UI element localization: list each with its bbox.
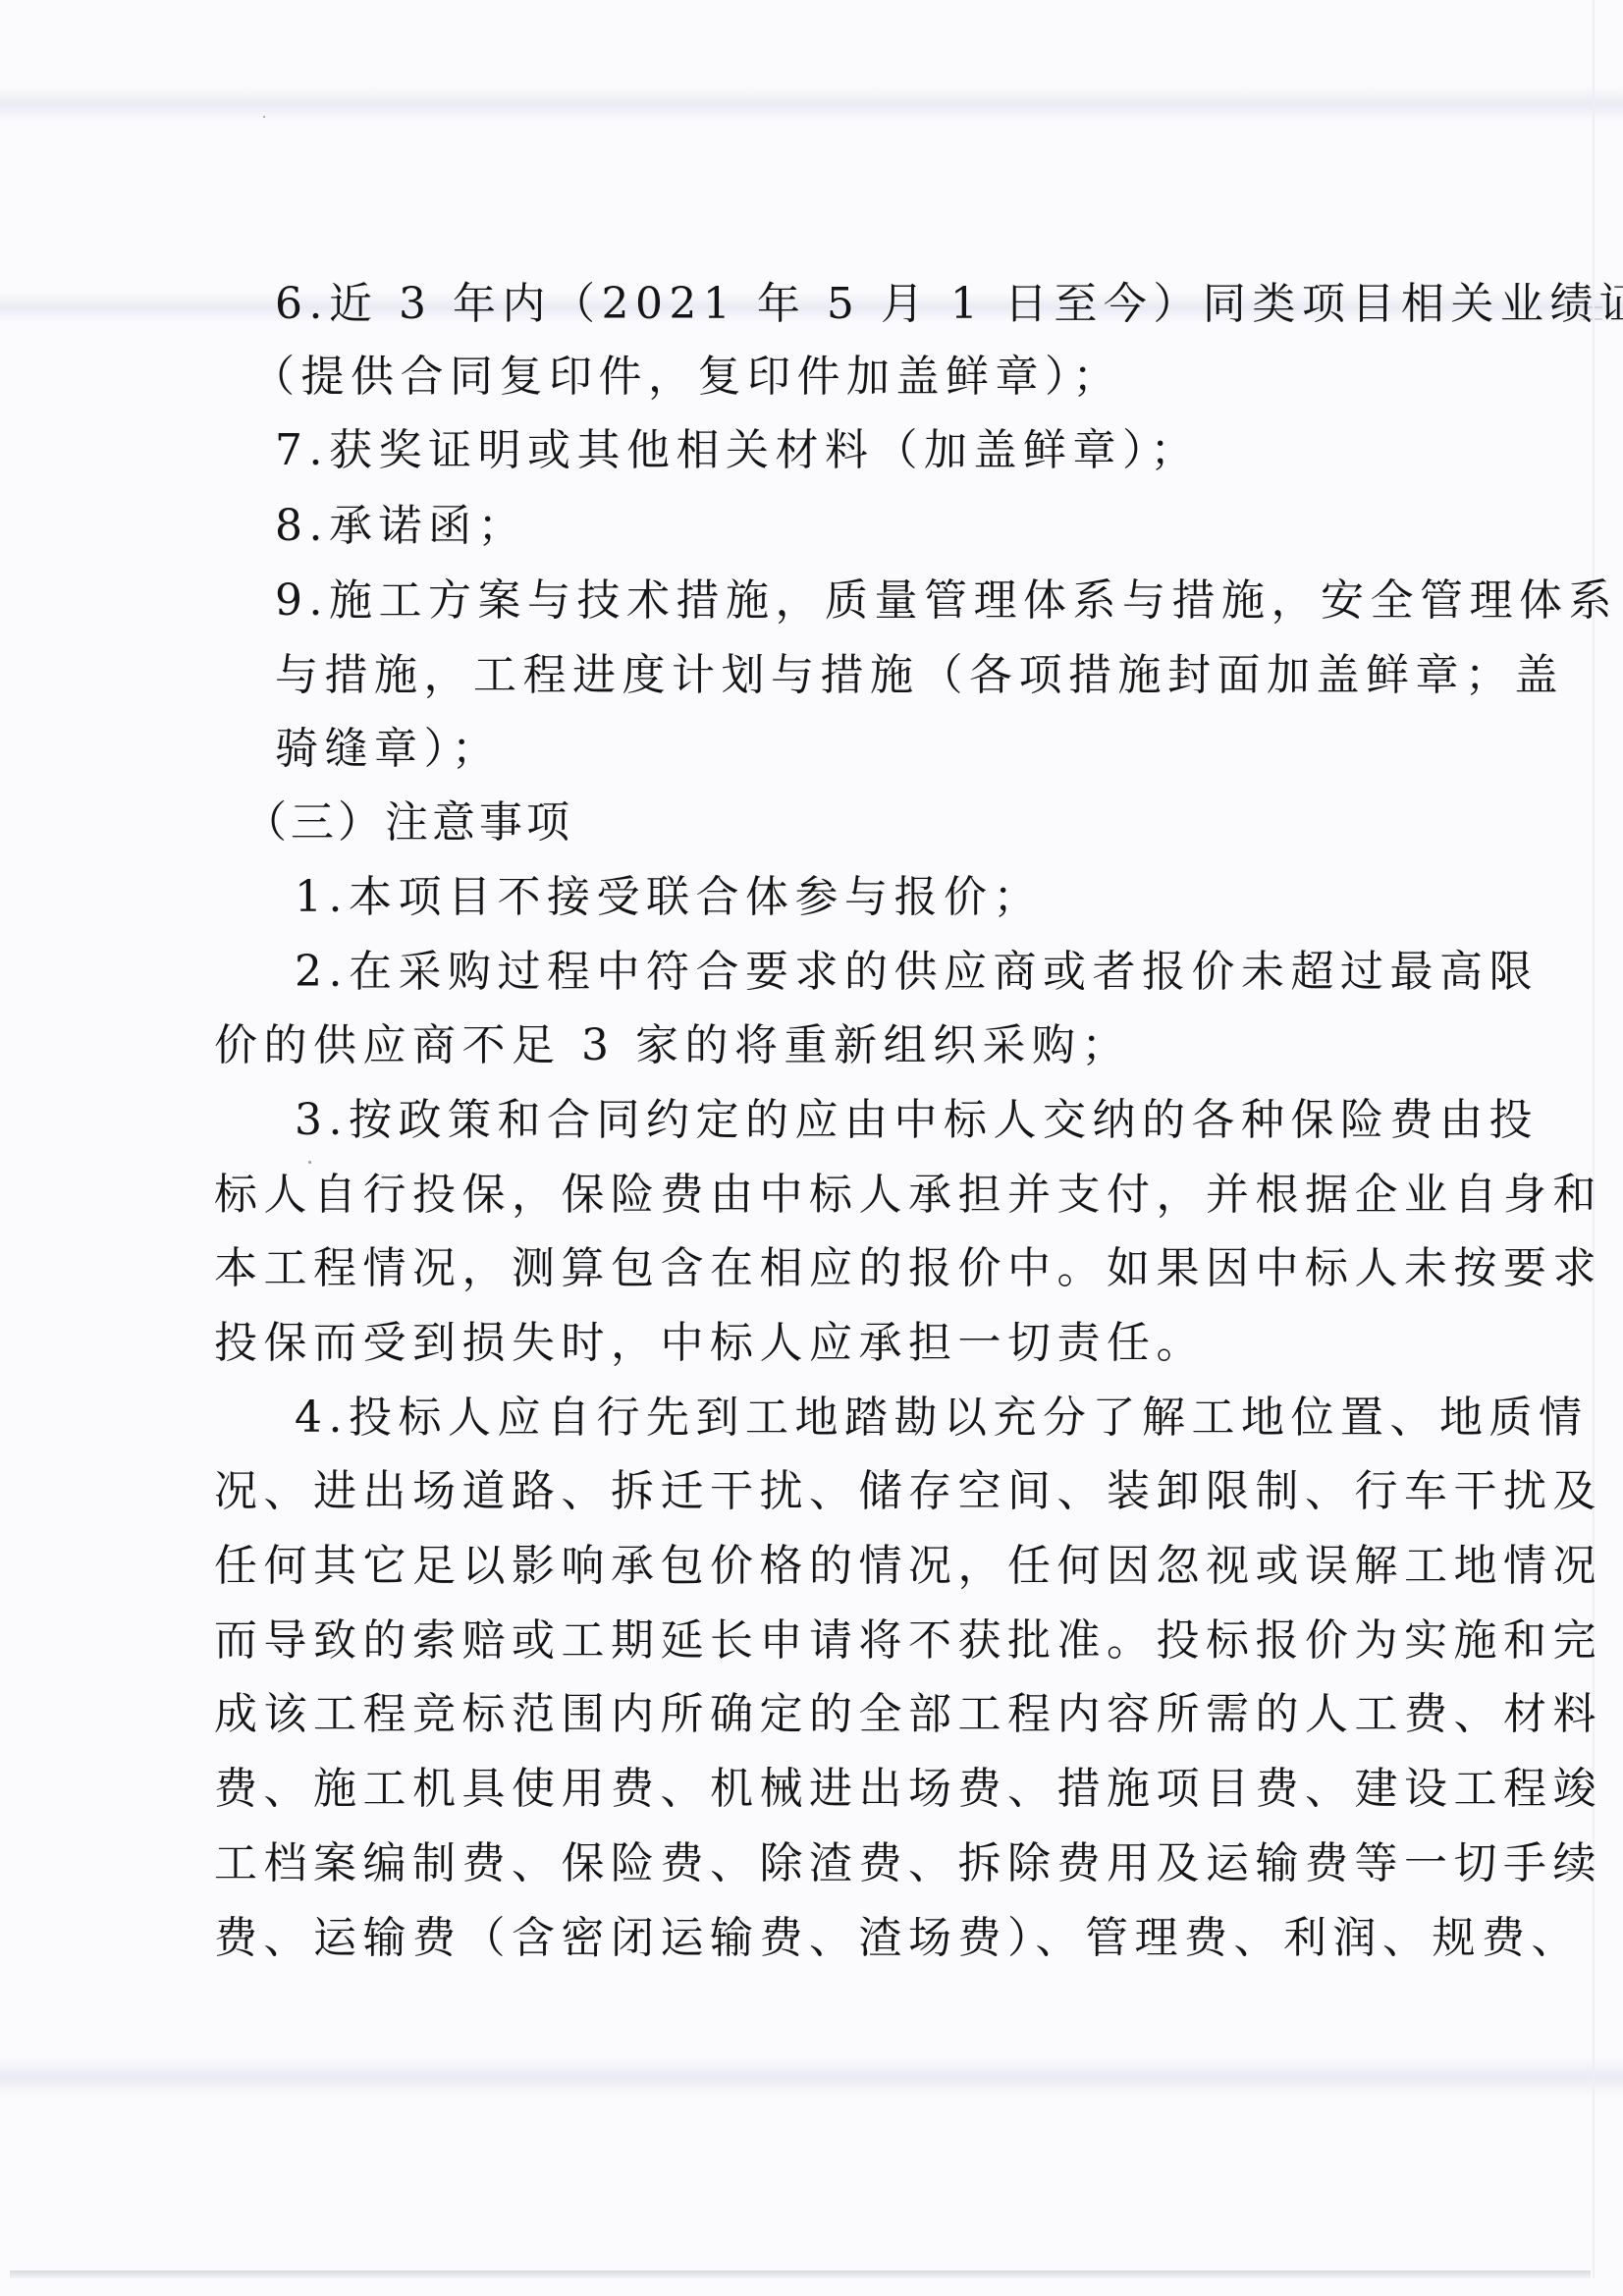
note-3-line-2: 标人自行投保，保险费由中标人承担并支付，并根据企业自身和	[214, 1168, 1602, 1223]
item-9-line-3: 骑缝章）；	[275, 722, 502, 777]
item-6-line-2: （提供合同复印件，复印件加盖鲜章）；	[251, 350, 1122, 405]
note-4-line-7: 工档案编制费、保险费、除渣费、拆除费用及运输费等一切手续	[214, 1836, 1602, 1891]
note-2-line-2: 价的供应商不足 3 家的将重新组织采购；	[214, 1018, 1131, 1073]
page-edge-bottom	[10, 2270, 1591, 2278]
note-4-line-3: 任何其它足以影响承包价格的情况，任何因忽视或误解工地情况	[214, 1539, 1602, 1594]
scan-speck	[263, 116, 265, 118]
item-9-line-1: 9.施工方案与技术措施，质量管理体系与措施，安全管理体系	[275, 574, 1618, 629]
note-4-line-6: 费、施工机具使用费、机械进出场费、措施项目费、建设工程竣	[214, 1762, 1602, 1817]
item-6-line-1: 6.近 3 年内（2021 年 5 月 1 日至今）同类项目相关业绩证明	[275, 277, 1623, 332]
note-4-line-2: 况、进出场道路、拆迁干扰、储存空间、装卸限制、行车干扰及	[214, 1464, 1602, 1519]
scan-band-lower	[0, 2057, 1623, 2097]
note-2-line-1: 2.在采购过程中符合要求的供应商或者报价未超过最高限	[295, 945, 1539, 1000]
note-4-line-5: 成该工程竞标范围内所确定的全部工程内容所需的人工费、材料	[214, 1687, 1602, 1742]
item-8-line-1: 8.承诺函；	[275, 499, 527, 554]
page-edge-right	[1593, 0, 1595, 2278]
scan-speck	[308, 1161, 311, 1164]
item-9-line-2: 与措施，工程进度计划与措施（各项措施封面加盖鲜章；盖	[275, 648, 1564, 703]
scan-band-top	[0, 86, 1623, 122]
note-4-line-4: 而导致的索赔或工期延长申请将不获批准。投标报价为实施和完	[214, 1613, 1602, 1668]
note-1-line-1: 1.本项目不接受联合体参与报价；	[295, 870, 1043, 925]
item-7-line-1: 7.获奖证明或其他相关材料（加盖鲜章）；	[275, 423, 1200, 478]
section-heading: （三）注意事项	[243, 795, 573, 850]
note-3-line-4: 投保而受到损失时，中标人应承担一切责任。	[214, 1316, 1206, 1371]
note-4-line-1: 4.投标人应自行先到工地踏勘以充分了解工地位置、地质情	[295, 1391, 1588, 1446]
note-3-line-1: 3.按政策和合同约定的应由中标人交纳的各种保险费由投	[295, 1093, 1539, 1148]
note-4-line-8: 费、运输费（含密闭运输费、渣场费）、管理费、利润、规费、	[214, 1911, 1581, 1966]
note-3-line-3: 本工程情况，测算包含在相应的报价中。如果因中标人未按要求	[214, 1241, 1602, 1296]
